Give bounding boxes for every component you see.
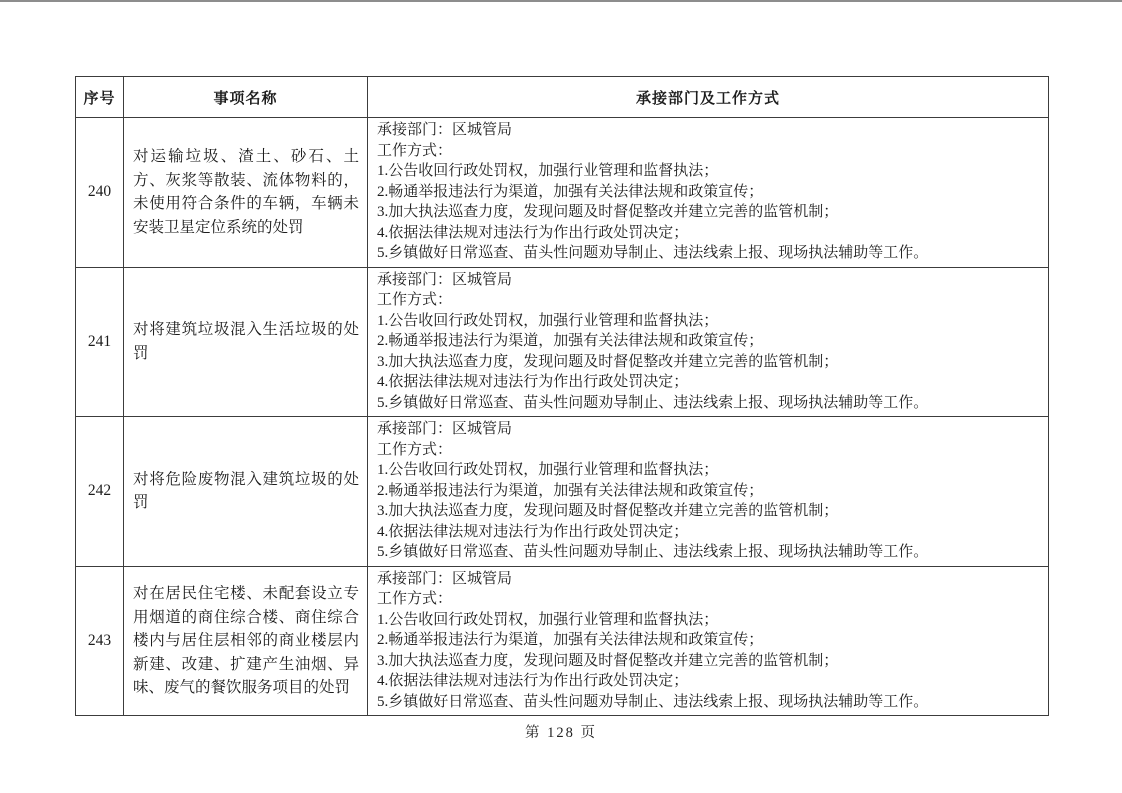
detail-line: 承接部门：区城管局 xyxy=(377,270,1038,291)
work-detail-cell: 承接部门：区城管局工作方式：1.公告收回行政处罚权，加强行业管理和监督执法；2.… xyxy=(368,267,1049,417)
col-header-name: 事项名称 xyxy=(124,77,368,118)
detail-line: 4.依据法律法规对违法行为作出行政处罚决定； xyxy=(377,372,1038,393)
item-name-cell: 对将建筑垃圾混入生活垃圾的处罚 xyxy=(124,267,368,417)
col-header-method: 承接部门及工作方式 xyxy=(368,77,1049,118)
detail-line: 1.公告收回行政处罚权，加强行业管理和监督执法； xyxy=(377,610,1038,631)
detail-line: 工作方式： xyxy=(377,290,1038,311)
work-detail-cell: 承接部门：区城管局工作方式：1.公告收回行政处罚权，加强行业管理和监督执法；2.… xyxy=(368,417,1049,567)
detail-line: 2.畅通举报违法行为渠道，加强有关法律法规和政策宣传； xyxy=(377,331,1038,352)
detail-line: 2.畅通举报违法行为渠道，加强有关法律法规和政策宣传； xyxy=(377,182,1038,203)
detail-line: 1.公告收回行政处罚权，加强行业管理和监督执法； xyxy=(377,460,1038,481)
detail-line: 2.畅通举报违法行为渠道，加强有关法律法规和政策宣传； xyxy=(377,630,1038,651)
detail-line: 工作方式： xyxy=(377,440,1038,461)
item-name-cell: 对将危险废物混入建筑垃圾的处罚 xyxy=(124,417,368,567)
item-name-cell: 对在居民住宅楼、未配套设立专用烟道的商住综合楼、商住综合楼内与居住层相邻的商业楼… xyxy=(124,566,368,716)
table-row: 240 对运输垃圾、渣土、砂石、土方、灰浆等散装、流体物料的，未使用符合条件的车… xyxy=(76,118,1049,268)
row-index-cell: 242 xyxy=(76,417,124,567)
detail-line: 3.加大执法巡查力度，发现问题及时督促整改并建立完善的监管机制； xyxy=(377,501,1038,522)
detail-line: 5.乡镇做好日常巡查、苗头性问题劝导制止、违法线索上报、现场执法辅助等工作。 xyxy=(377,393,1038,414)
detail-line: 1.公告收回行政处罚权，加强行业管理和监督执法； xyxy=(377,311,1038,332)
table-body: 240 对运输垃圾、渣土、砂石、土方、灰浆等散装、流体物料的，未使用符合条件的车… xyxy=(76,118,1049,716)
work-detail-cell: 承接部门：区城管局工作方式：1.公告收回行政处罚权，加强行业管理和监督执法；2.… xyxy=(368,118,1049,268)
detail-line: 5.乡镇做好日常巡查、苗头性问题劝导制止、违法线索上报、现场执法辅助等工作。 xyxy=(377,692,1038,713)
table-row: 243 对在居民住宅楼、未配套设立专用烟道的商住综合楼、商住综合楼内与居住层相邻… xyxy=(76,566,1049,716)
top-edge-line xyxy=(0,0,1122,2)
item-name-cell: 对运输垃圾、渣土、砂石、土方、灰浆等散装、流体物料的，未使用符合条件的车辆，车辆… xyxy=(124,118,368,268)
work-detail-cell: 承接部门：区城管局工作方式：1.公告收回行政处罚权，加强行业管理和监督执法；2.… xyxy=(368,566,1049,716)
col-header-index: 序号 xyxy=(76,77,124,118)
detail-line: 3.加大执法巡查力度，发现问题及时督促整改并建立完善的监管机制； xyxy=(377,651,1038,672)
detail-line: 工作方式： xyxy=(377,141,1038,162)
detail-line: 5.乡镇做好日常巡查、苗头性问题劝导制止、违法线索上报、现场执法辅助等工作。 xyxy=(377,243,1038,264)
detail-line: 4.依据法律法规对违法行为作出行政处罚决定； xyxy=(377,522,1038,543)
detail-line: 1.公告收回行政处罚权，加强行业管理和监督执法； xyxy=(377,161,1038,182)
detail-line: 3.加大执法巡查力度，发现问题及时督促整改并建立完善的监管机制； xyxy=(377,202,1038,223)
detail-line: 3.加大执法巡查力度，发现问题及时督促整改并建立完善的监管机制； xyxy=(377,352,1038,373)
detail-line: 工作方式： xyxy=(377,589,1038,610)
page-number: 第 128 页 xyxy=(0,721,1122,742)
table-row: 241 对将建筑垃圾混入生活垃圾的处罚 承接部门：区城管局工作方式：1.公告收回… xyxy=(76,267,1049,417)
row-index-cell: 241 xyxy=(76,267,124,417)
detail-line: 2.畅通举报违法行为渠道，加强有关法律法规和政策宣传； xyxy=(377,481,1038,502)
row-index-cell: 240 xyxy=(76,118,124,268)
detail-line: 5.乡镇做好日常巡查、苗头性问题劝导制止、违法线索上报、现场执法辅助等工作。 xyxy=(377,542,1038,563)
detail-line: 承接部门：区城管局 xyxy=(377,419,1038,440)
matters-table: 序号 事项名称 承接部门及工作方式 240 对运输垃圾、渣土、砂石、土方、灰浆等… xyxy=(75,76,1049,716)
detail-line: 4.依据法律法规对违法行为作出行政处罚决定； xyxy=(377,223,1038,244)
header-row: 序号 事项名称 承接部门及工作方式 xyxy=(76,77,1049,118)
detail-line: 承接部门：区城管局 xyxy=(377,569,1038,590)
detail-line: 承接部门：区城管局 xyxy=(377,120,1038,141)
row-index-cell: 243 xyxy=(76,566,124,716)
detail-line: 4.依据法律法规对违法行为作出行政处罚决定； xyxy=(377,671,1038,692)
table-row: 242 对将危险废物混入建筑垃圾的处罚 承接部门：区城管局工作方式：1.公告收回… xyxy=(76,417,1049,567)
